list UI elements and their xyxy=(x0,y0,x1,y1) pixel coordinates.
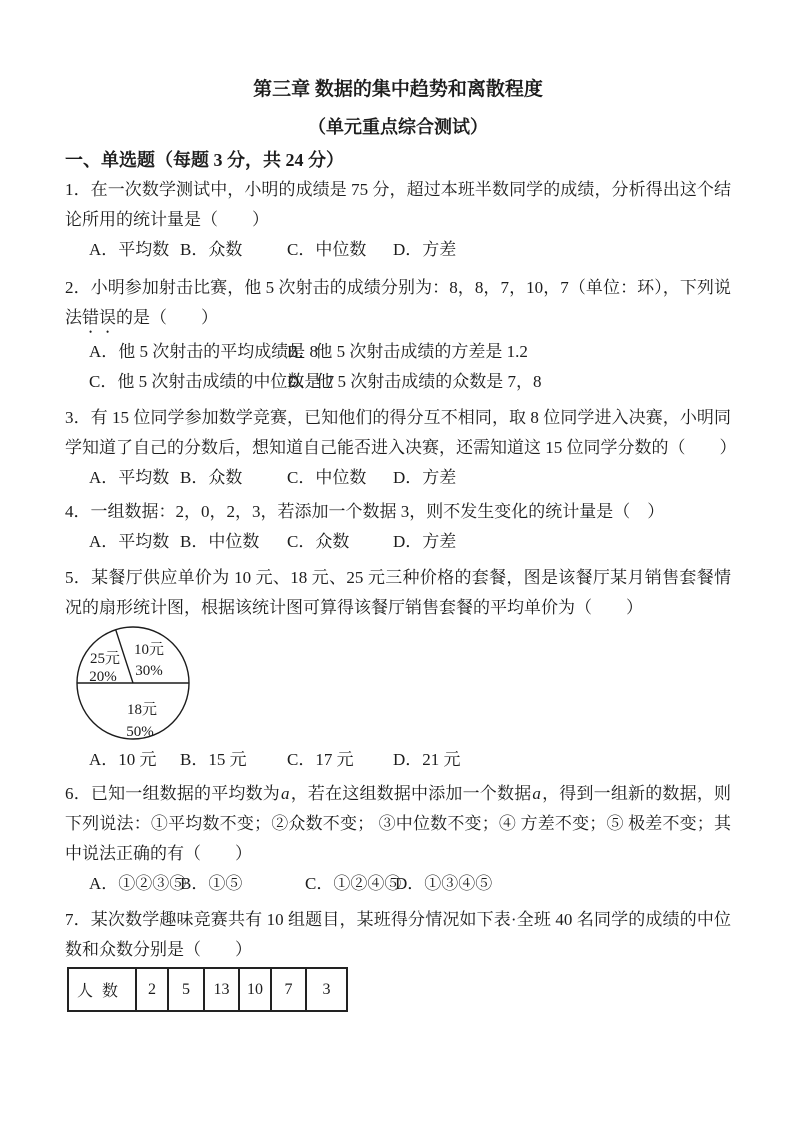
question-1-text: 1．在一次数学测试中，小明的成绩是 75 分，超过本班半数同学的成绩，分析得出这… xyxy=(65,175,731,235)
table-cell-value: 3 xyxy=(306,968,347,1011)
pie-label-50pct: 50% xyxy=(126,724,154,740)
pie-label-10yuan: 10元 xyxy=(134,641,164,658)
question-2-text-post: 的是（ ） xyxy=(116,308,218,327)
option-5a: A．10 元 xyxy=(89,745,157,775)
question-1-options: A．平均数 B．众数 C．中位数 D．方差 xyxy=(65,235,731,265)
option-1d: D．方差 xyxy=(393,235,456,265)
option-6d: D．①③④⑤ xyxy=(395,869,492,899)
question-6-text: 6．已知一组数据的平均数为a，若在这组数据中添加一个数据a，得到一组新的数据，则… xyxy=(65,779,731,869)
question-4-options: A．平均数 B．中位数 C．众数 D．方差 xyxy=(65,527,731,557)
option-5d: D．21 元 xyxy=(393,745,461,775)
table-cell-value: 7 xyxy=(271,968,306,1011)
question-2-options-row-1: A．他 5 次射击的平均成绩是 8 B．他 5 次射击成绩的方差是 1.2 xyxy=(65,337,731,367)
option-3c: C．中位数 xyxy=(287,463,366,493)
option-3d: D．方差 xyxy=(393,463,456,493)
question-2-options-row-2: C．他 5 次射击成绩的中位数是 7 D．他 5 次射击成绩的众数是 7，8 xyxy=(65,367,731,397)
question-4-text: 4．一组数据：2，0，2，3，若添加一个数据 3，则不发生变化的统计量是（ ） xyxy=(65,497,731,527)
table-cell-label: 人数 xyxy=(68,968,136,1011)
pie-label-20pct: 20% xyxy=(89,669,117,685)
option-1b: B．众数 xyxy=(180,235,242,265)
option-3b: B．众数 xyxy=(180,463,242,493)
option-4b: B．中位数 xyxy=(180,527,259,557)
question-5-options: A．10 元 B．15 元 C．17 元 D．21 元 xyxy=(65,745,731,775)
score-table: 人数 2 5 13 10 7 3 xyxy=(67,967,348,1012)
pie-label-25yuan: 25元 xyxy=(90,650,120,667)
option-4a: A．平均数 xyxy=(89,527,169,557)
section-heading: 一、单选题（每题 3 分，共 24 分） xyxy=(65,145,731,175)
question-3-options: A．平均数 B．众数 C．中位数 D．方差 xyxy=(65,463,731,493)
option-2b: B．他 5 次射击成绩的方差是 1.2 xyxy=(287,337,528,367)
question-7-text: 7．某次数学趣味竞赛共有 10 组题目，某班得分情况如下表·全班 40 名同学的… xyxy=(65,905,731,965)
option-6b: B．①⑤ xyxy=(180,869,242,899)
question-6-options: A．①②③⑤ B．①⑤ C．①②④⑤ D．①③④⑤ xyxy=(65,869,731,899)
option-6c: C．①②④⑤ xyxy=(305,869,401,899)
table-cell-value: 5 xyxy=(168,968,204,1011)
option-6a: A．①②③⑤ xyxy=(89,869,186,899)
option-2a: A．他 5 次射击的平均成绩是 8 xyxy=(89,337,318,367)
pie-chart-svg: 10元 30% 25元 20% 18元 50% xyxy=(65,623,225,745)
doc-subtitle: （单元重点综合测试） xyxy=(65,113,731,141)
question-6-variable-a1: a xyxy=(280,784,291,803)
document-page: 第三章 数据的集中趋势和离散程度 （单元重点综合测试） 一、单选题（每题 3 分… xyxy=(0,0,793,1122)
option-3a: A．平均数 xyxy=(89,463,169,493)
table-cell-value: 10 xyxy=(239,968,271,1011)
option-4d: D．方差 xyxy=(393,527,456,557)
option-2d: D．他 5 次射击成绩的众数是 7，8 xyxy=(287,367,542,397)
option-1a: A．平均数 xyxy=(89,235,169,265)
option-4c: C．众数 xyxy=(287,527,349,557)
question-2-text: 2．小明参加射击比赛，他 5 次射击的成绩分别为：8，8，7，10，7（单位：环… xyxy=(65,273,731,337)
pie-label-30pct: 30% xyxy=(135,663,163,679)
question-6-variable-a2: a xyxy=(531,784,542,803)
pie-chart: 10元 30% 25元 20% 18元 50% xyxy=(65,623,731,745)
question-3-text: 3．有 15 位同学参加数学竞赛，已知他们的得分互不相同，取 8 位同学进入决赛… xyxy=(65,403,731,463)
pie-label-18yuan: 18元 xyxy=(127,701,157,718)
table-cell-value: 2 xyxy=(136,968,168,1011)
question-2-emphasis: 错误 xyxy=(82,308,116,327)
question-5-text: 5．某餐厅供应单价为 10 元、18 元、25 元三种价格的套餐，图是该餐厅某月… xyxy=(65,563,731,623)
question-6-text-part1: 6．已知一组数据的平均数为 xyxy=(65,784,280,803)
doc-title: 第三章 数据的集中趋势和离散程度 xyxy=(65,76,731,104)
option-1c: C．中位数 xyxy=(287,235,366,265)
option-5b: B．15 元 xyxy=(180,745,247,775)
question-6-text-part2: ，若在这组数据中添加一个数据 xyxy=(291,784,532,803)
score-table-row: 人数 2 5 13 10 7 3 xyxy=(68,968,347,1011)
option-5c: C．17 元 xyxy=(287,745,354,775)
table-cell-value: 13 xyxy=(204,968,239,1011)
